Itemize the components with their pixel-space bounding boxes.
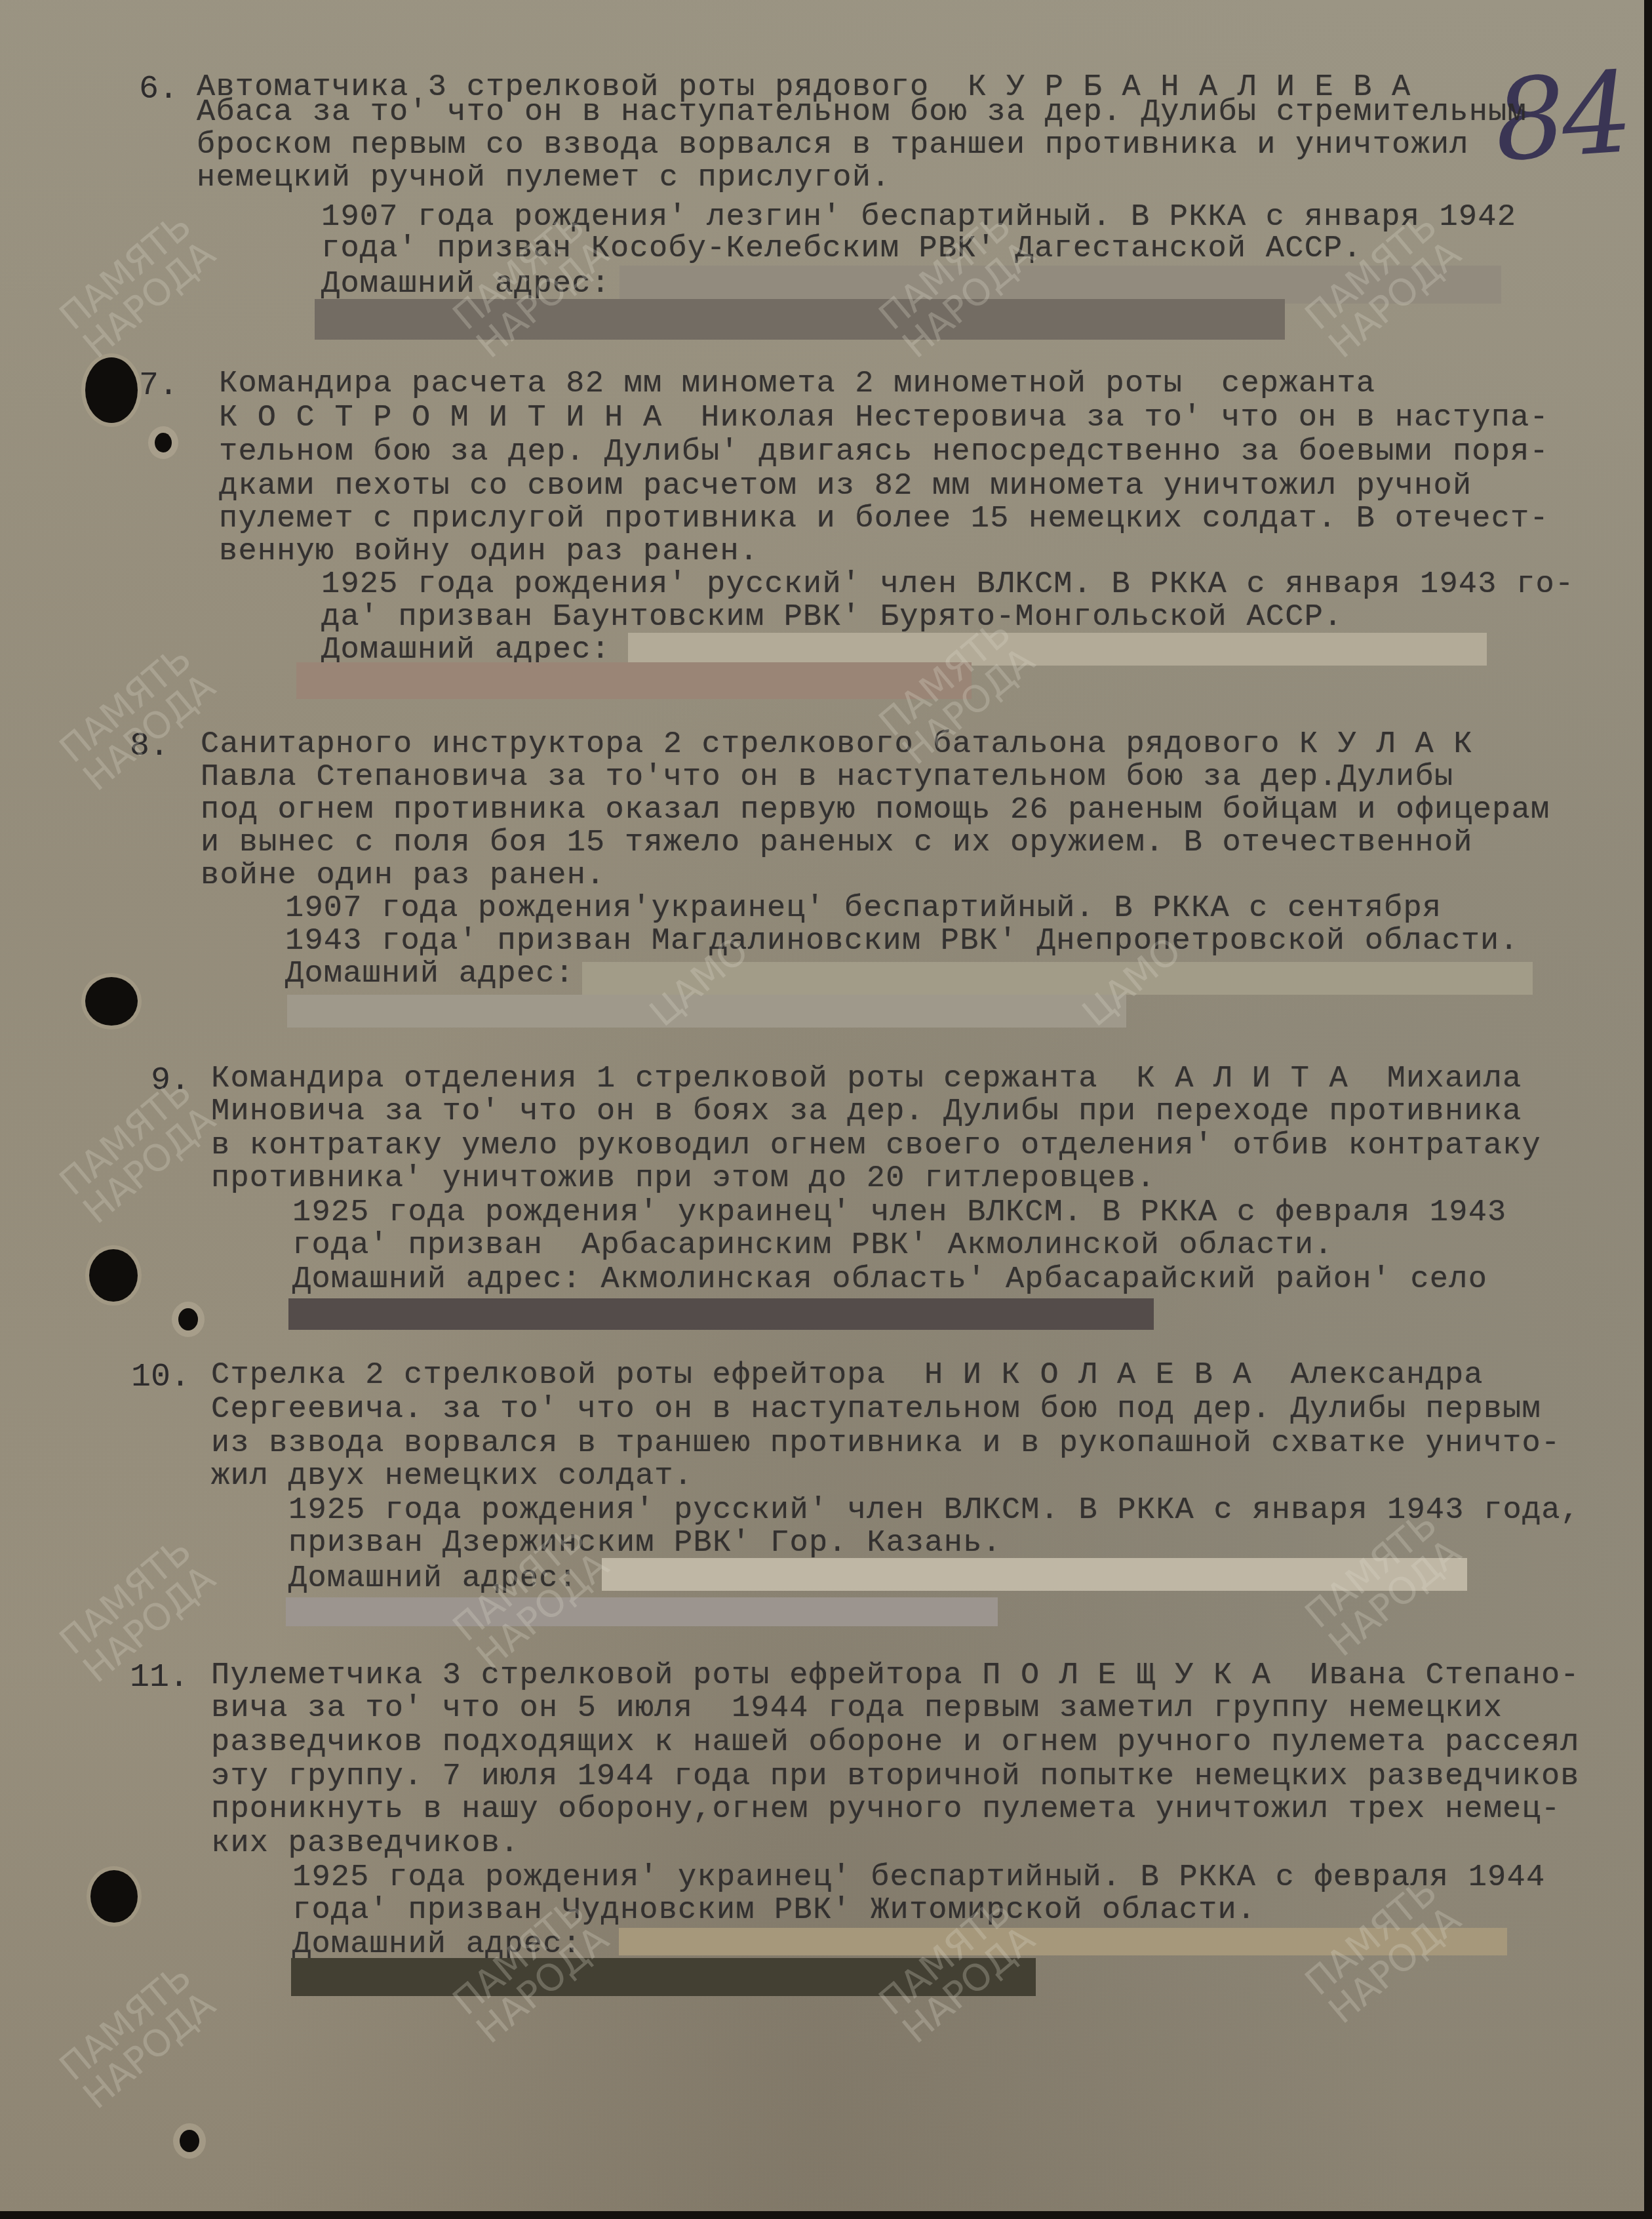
entry-text-line: Командира расчета 82 мм миномета 2 мином…	[219, 367, 1375, 401]
punch-hole	[85, 977, 138, 1026]
home-address-line: Домашний адрес: Акмолинская область' Арб…	[292, 1263, 1487, 1297]
entry-text-line: венную войну один раз ранен.	[219, 535, 758, 569]
entry-text-line: пулемет с прислугой противника и более 1…	[219, 502, 1549, 536]
entry-number: 6.	[139, 71, 178, 108]
entry-text-line: жил двух немецких солдат.	[211, 1460, 693, 1494]
entry-text-line: ких разведчиков.	[211, 1827, 519, 1861]
entry-text-line: Санитарного инструктора 2 стрелкового ба…	[201, 728, 1473, 762]
entry-text-line: противника' уничтожив при этом до 20 гит…	[211, 1162, 1156, 1196]
entry-number: 11.	[130, 1659, 189, 1696]
entry-text-line: Миновича за то' что он в боях за дер. Ду…	[211, 1095, 1522, 1129]
entry-text-line: вича за то' что он 5 июля 1944 года перв…	[211, 1692, 1503, 1726]
entry-text-line: в контратаку умело руководил огнем своег…	[211, 1129, 1541, 1163]
entry-text-line: немецкий ручной пулемет с прислугой.	[197, 161, 891, 195]
bio-line: призван Дзержинским РВК' Гор. Казань.	[288, 1527, 1002, 1561]
redaction-block	[296, 662, 972, 699]
punch-hole	[85, 357, 138, 423]
punch-hole	[89, 1249, 138, 1302]
entry-text-line: войне один раз ранен.	[201, 859, 606, 893]
entry-text-line: К О С Т Р О М И Т И Н А Николая Нестеров…	[219, 401, 1549, 435]
bio-line: 1925 года рождения' украинец' беспартийн…	[292, 1861, 1545, 1895]
punch-hole	[155, 433, 172, 452]
home-address-label: Домашний адрес:	[285, 957, 574, 991]
entry-text-line: Стрелка 2 стрелковой роты ефрейтора Н И …	[211, 1359, 1484, 1393]
bio-line: 1925 года рождения' русский' член ВЛКСМ.…	[321, 568, 1574, 602]
scan-edge-bottom	[0, 2211, 1652, 2219]
bio-line: 1907 года рождения'украинец' беспартийны…	[285, 892, 1442, 926]
entry-text-line: Командира отделения 1 стрелковой роты се…	[211, 1062, 1522, 1096]
bio-line: да' призван Баунтовским РВК' Бурято-Монг…	[321, 601, 1343, 635]
entry-text-line: Пулеметчика 3 стрелковой роты ефрейтора …	[211, 1659, 1580, 1693]
entry-number: 7.	[139, 367, 178, 405]
bio-line: 1925 года рождения' украинец' член ВЛКСМ…	[292, 1196, 1507, 1230]
bio-line: года' призван Кособу-Келебским РВК' Даге…	[321, 232, 1362, 266]
entry-text-line: броском первым со взвода ворвался в тран…	[197, 129, 1469, 163]
punch-hole	[180, 2130, 199, 2152]
entry-text-line: Павла Степановича за то'что он в наступа…	[201, 761, 1453, 795]
entry-text-line: под огнем противника оказал первую помощ…	[201, 793, 1550, 828]
entry-text-line: Сергеевича. за то' что он в наступательн…	[211, 1393, 1541, 1427]
redaction-block	[628, 633, 1487, 666]
bio-line: года' призван Арбасаринским РВК' Акмолин…	[292, 1229, 1333, 1263]
bio-line: 1925 года рождения' русский' член ВЛКСМ.…	[288, 1494, 1580, 1528]
entry-text-line: тельном бою за дер. Дулибы' двигаясь неп…	[219, 435, 1549, 470]
punch-hole	[90, 1870, 138, 1923]
entry-text-line: из взвода ворвался в траншею противника …	[211, 1427, 1560, 1461]
entry-text-line: эту группу. 7 июля 1944 года при вторичн…	[211, 1760, 1580, 1794]
entry-text-line: дками пехоты со своим расчетом из 82 мм …	[219, 470, 1472, 504]
entry-text-line: разведчиков подходящих к нашей обороне и…	[211, 1726, 1580, 1760]
entry-text-line: проникнуть в нашу оборону,огнем ручного …	[211, 1793, 1560, 1827]
redaction-block	[286, 1597, 998, 1626]
punch-hole	[178, 1308, 198, 1330]
entry-number: 10.	[131, 1359, 190, 1396]
entry-text-line: и вынес с поля боя 15 тяжело раненых с и…	[201, 826, 1473, 860]
bio-line: года' призван Чудновским РВК' Житомирско…	[292, 1894, 1256, 1928]
redaction-block	[288, 1298, 1154, 1330]
bio-line: 1907 года рождения' лезгин' беспартийный…	[321, 201, 1516, 235]
bio-line: 1943 года' призван Магдалиновским РВК' Д…	[285, 925, 1519, 959]
scan-edge-right	[1644, 0, 1652, 2219]
entry-text-line: Абаса за то' что он в наступательном бою…	[197, 96, 1527, 130]
